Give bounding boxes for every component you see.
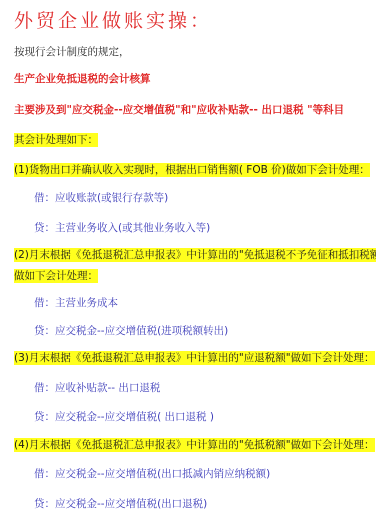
step-2-heading: (2)月末根据《免抵退税汇总申报表》中计算出的"免抵退税不予免征和抵扣税额" 做… <box>14 245 376 287</box>
highlighted-text: 其会计处理如下： <box>14 133 98 147</box>
highlighted-text: (1)货物出口并确认收入实现时，根据出口销售额( FOB 价)做如下会计处理： <box>14 163 370 177</box>
page-title: 外贸企业做账实操： <box>14 6 212 33</box>
step-4-debit: 借：应交税金--应交增值税(出口抵减内销应纳税额) <box>34 466 270 483</box>
step-1-debit: 借：应收账款(或银行存款等) <box>34 190 168 207</box>
step-1-credit: 贷：主营业务收入(或其他业务收入等) <box>34 220 210 237</box>
step-1-heading: (1)货物出口并确认收入实现时，根据出口销售额( FOB 价)做如下会计处理： <box>14 162 370 179</box>
intro-text: 按现行会计制度的规定， <box>14 44 130 61</box>
step-4-credit: 贷：应交税金--应交增值税(出口退税) <box>34 496 207 513</box>
process-heading: 其会计处理如下： <box>14 132 98 149</box>
step-3-heading: (3)月末根据《免抵退税汇总申报表》中计算出的"应退税额"做如下会计处理： <box>14 350 375 367</box>
step-3-debit: 借：应收补贴款-- 出口退税 <box>34 380 160 397</box>
highlighted-text: (4)月末根据《免抵退税汇总申报表》中计算出的"免抵税额"做如下会计处理： <box>14 438 375 452</box>
section-subtitle: 生产企业免抵退税的会计核算 <box>14 71 151 88</box>
step-2-debit: 借：主营业务成本 <box>34 295 118 312</box>
highlighted-text: (3)月末根据《免抵退税汇总申报表》中计算出的"应退税额"做如下会计处理： <box>14 351 375 365</box>
step-4-heading: (4)月末根据《免抵退税汇总申报表》中计算出的"免抵税额"做如下会计处理： <box>14 437 375 454</box>
highlighted-text: 做如下会计处理： <box>14 269 98 283</box>
step-2-credit: 贷：应交税金--应交增值税(进项税额转出) <box>34 323 228 340</box>
subjects-text: 主要涉及到"应交税金--应交增值税"和"应收补贴款-- 出口退税 "等科目 <box>14 102 344 119</box>
step-3-credit: 贷：应交税金--应交增值税( 出口退税 ) <box>34 409 214 426</box>
highlighted-text: (2)月末根据《免抵退税汇总申报表》中计算出的"免抵退税不予免征和抵扣税额" <box>14 248 376 262</box>
